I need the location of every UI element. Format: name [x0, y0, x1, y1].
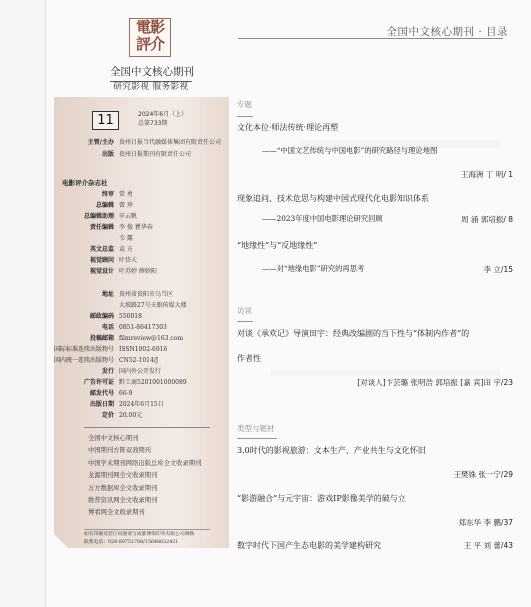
staff-row: 韦 露: [119, 234, 133, 243]
contact-key: 出版日期: [90, 400, 114, 409]
staff-row: 总编辑助理申云帆: [119, 212, 137, 221]
staff-role: 英文总监: [90, 245, 114, 254]
contact-value: 66-9: [119, 390, 132, 397]
staff-row: 视觉顾问叶岱夭: [119, 256, 137, 265]
indexing-item: 中国学术期刊网络出版总库全文收录期刊: [88, 458, 201, 470]
section-rule: [237, 438, 277, 439]
indexing-item: 博看网全文收录期刊: [88, 507, 201, 519]
contact-key: 广告许可证: [84, 378, 114, 387]
toc-entry-title[interactable]: “地缘性”与“反地缘性”: [237, 240, 317, 251]
contact-row: 广告许可证黔工商5201001000089: [119, 378, 187, 387]
contact-key: 国际标准连续出版物号: [54, 345, 114, 354]
contact-key: 发行: [102, 367, 114, 376]
contact-row: 出版日期2024年6月15日: [119, 400, 164, 409]
indexing-item: 龙源期刊网全文收录期刊: [88, 470, 201, 482]
issue-date: 2024年6月（上）: [138, 110, 187, 119]
contact-row: 发行国内外公开发行: [119, 367, 161, 376]
staff-role: 视觉设计: [90, 267, 114, 276]
contact-key: 地址: [102, 290, 114, 299]
publisher-row: 主管/主办 贵州日报当代融媒体集团有限责任公司: [119, 138, 221, 147]
contact-value: CN52-1014/J: [119, 357, 158, 364]
publisher-value: 贵州日报期刊有限责任公司: [119, 151, 191, 158]
indexing-item: 维普资讯网全文收录期刊: [88, 495, 201, 507]
contact-row: 邮政编码550018: [119, 312, 142, 321]
issue-total: 总第733期: [138, 119, 187, 128]
staff-row: 视觉设计叶苏婷 薛娇阳: [119, 267, 157, 276]
contact-row: 投稿邮箱filmreview@163.com: [119, 334, 183, 343]
publisher-key: 主管/主办: [88, 138, 114, 147]
journal-slogan: 研究影视 服务影视: [106, 80, 196, 92]
section-label-interview: 访谈: [237, 305, 252, 316]
contact-key: 邮政编码: [90, 312, 114, 321]
toc-entry-title-continued[interactable]: 作者性: [237, 353, 261, 364]
toc-entry-authors: 王 平 刘 蕾/43: [464, 540, 513, 551]
issue-date-block: 2024年6月（上） 总第733期: [138, 110, 187, 128]
staff-role: 总编辑助理: [84, 212, 114, 221]
section-label-special: 专题: [237, 99, 252, 110]
staff-name: 韦 露: [119, 235, 133, 242]
indexing-item: 中国期刊方阵双效期刊: [88, 445, 201, 457]
toc-entry-title[interactable]: 3.0时代的影视旅游：文本生产、产业共生与文化怀旧: [237, 445, 426, 456]
section-rule: [237, 321, 253, 322]
staff-role: 责任编辑: [90, 223, 114, 232]
contact-value: ISSN1002-6916: [119, 346, 167, 353]
staff-row: 责任编辑李 俊 瞿华春: [119, 223, 153, 232]
toc-entry-authors: 王樊姝 张一宁/29: [454, 469, 513, 480]
footnote-line: 如有印刷及装订问题请与成都博瑞印务有限公司调换: [84, 531, 194, 539]
staff-row: 总编辑曾 珍: [119, 201, 133, 210]
publisher-value: 贵州日报当代融媒体集团有限责任公司: [119, 139, 221, 146]
staff-row: 英文总监袁 方: [119, 245, 133, 254]
contact-row: 国际标准连续出版物号ISSN1002-6916: [119, 345, 167, 354]
contact-row: 国内统一连续出版物号CN52-1014/J: [119, 356, 158, 365]
contact-key: 投稿邮箱: [90, 334, 114, 343]
staff-role: 终审: [102, 190, 114, 199]
panel-divider: [84, 427, 210, 428]
contact-row: 定价20.00元: [119, 411, 142, 420]
staff-name: 叶岱夭: [119, 257, 137, 264]
toc-entry-title[interactable]: 对谈《承欢记》导演田宇：经典改编剧的当下性与“体制内作者”的: [237, 328, 469, 339]
contact-row: 大坡路27号天眼传媒大楼: [119, 301, 187, 310]
section-rule: [237, 116, 253, 117]
contact-row: 地址贵州省贵阳市乌当区: [119, 290, 173, 299]
toc-entry-authors: 王海洲 丁 明/ 1: [461, 169, 513, 180]
contact-value: 20.00元: [119, 412, 142, 419]
toc-entry-authors: [对谈人]卞芸璐 张明浩 郭培振 [嘉 宾]田 宇/23: [357, 377, 513, 388]
staff-name: 袁 方: [119, 246, 133, 253]
show-through-artifact: [270, 370, 500, 376]
contact-row: 邮发代号66-9: [119, 389, 132, 398]
indexing-item: 万方数据库全文收录期刊: [88, 483, 201, 495]
toc-entry-title[interactable]: 数字时代下国产生态电影的美学建构研究: [237, 540, 381, 551]
contact-key: 电话: [102, 323, 114, 332]
print-footnote: 如有印刷及装订问题请与成都博瑞印务有限公司调换 联系电话：028-8975170…: [84, 531, 194, 546]
contact-key: 定价: [102, 411, 114, 420]
contact-value: 0851-86417303: [119, 324, 167, 331]
footnote-line: 联系电话：028-89751708/15648832421: [84, 539, 194, 547]
toc-entry-title[interactable]: 文化本位·师法传统·理论再塑: [237, 122, 338, 133]
toc-entry-authors: 郑东华 李 鹏/37: [459, 517, 513, 528]
toc-entry-subtitle: ——“中国文艺传统与中国电影”的研究路径与理论地图: [262, 146, 437, 156]
panel-divider: [84, 529, 210, 530]
publisher-key: 出版: [102, 150, 114, 159]
staff-role: 视觉顾问: [90, 256, 114, 265]
colophon-panel: 11 2024年6月（上） 总第733期 主管/主办 贵州日报当代融媒体集团有限…: [54, 97, 229, 548]
staff-name: 曾 珍: [119, 202, 133, 209]
section-label-genre: 类型与题材: [237, 423, 275, 434]
toc-entry-title[interactable]: “影游融合”与元宇宙：游戏IP影像美学的破与立: [237, 493, 406, 504]
contact-value: 国内外公开发行: [119, 368, 161, 375]
contact-value: 黔工商5201001000089: [119, 379, 187, 386]
toc-entry-subtitle: ——对“地缘电影”研究的再思考: [262, 264, 364, 274]
toc-entry-subtitle: ——2023年度中国电影理论研究回顾: [262, 214, 383, 224]
toc-entry-authors: 周 涌 郭培振/ 8: [461, 214, 513, 225]
staff-name: 申云帆: [119, 213, 137, 220]
contact-value: 2024年6月15日: [119, 401, 164, 408]
header-divider: [238, 38, 503, 39]
header-title: 全国中文核心期刊 · 目录: [386, 24, 508, 39]
indexing-list: 全国中文核心期刊 中国期刊方阵双效期刊 中国学术期刊网络出版总库全文收录期刊 龙…: [88, 433, 201, 520]
logo-line-2: 評介: [130, 36, 170, 53]
toc-entry-authors: 李 立/15: [484, 264, 513, 275]
indexing-item: 全国中文核心期刊: [88, 433, 201, 445]
toc-entry-title[interactable]: 现象追问、技术危思与构建中国式现代化电影知识体系: [237, 193, 429, 204]
staff-name: 常 勇: [119, 191, 133, 198]
staff-row: 终审常 勇: [119, 190, 133, 199]
staff-role: 总编辑: [96, 201, 114, 210]
editorial-office-name: 电影评介杂志社: [62, 178, 108, 187]
journal-logo: 電影 評介: [129, 18, 171, 57]
staff-name: 李 俊 瞿华春: [119, 224, 153, 231]
contact-value: 550018: [119, 313, 142, 320]
contact-value: 大坡路27号天眼传媒大楼: [119, 302, 187, 309]
contact-key: 邮发代号: [90, 389, 114, 398]
contact-value: 贵州省贵阳市乌当区: [119, 291, 173, 298]
publisher-row: 出版 贵州日报期刊有限责任公司: [119, 150, 191, 159]
contact-key: 国内统一连续出版物号: [54, 356, 114, 365]
contact-row: 电话0851-86417303: [119, 323, 167, 332]
email-value[interactable]: filmreview@163.com: [119, 335, 183, 342]
staff-name: 叶苏婷 薛娇阳: [119, 268, 157, 275]
issue-number: 11: [92, 111, 119, 130]
logo-line-1: 電影: [130, 19, 170, 36]
